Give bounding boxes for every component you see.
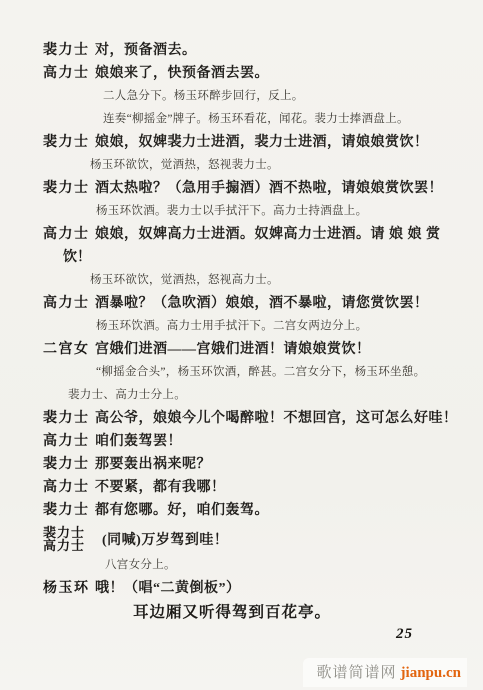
page-number: 25 xyxy=(396,626,413,643)
script-line-dialogue: 高力士酒暴啦？（急吹酒）娘娘，酒不暴啦，请您赏饮罢！ xyxy=(0,296,483,312)
script-line-dialogue: 裴力士娘娘，奴婢裴力士进酒，裴力士进酒，请娘娘赏饮！ xyxy=(0,135,483,151)
speaker-label-stack: 裴力士高力士 xyxy=(43,526,102,552)
script-line-stage: “柳摇金合头”，杨玉环饮酒，醉甚。二宫女分下，杨玉环坐憩。 xyxy=(0,365,483,379)
stage-direction: 杨玉环饮酒。裴力士以手拭汗下。高力士持酒盘上。 xyxy=(96,204,367,218)
speaker-label: 裴力士 xyxy=(43,181,95,197)
dialogue-text: 宫娥们进酒——宫娥们进酒！请娘娘赏饮！ xyxy=(95,342,483,358)
script-line-dialogue: 裴力士高公爷，娘娘今儿个喝醉啦！不想回宫，这可怎么好哇！ xyxy=(0,411,483,427)
script-line-stage: 杨玉环饮酒。高力士用手拭汗下。二宫女两边分上。 xyxy=(0,319,483,333)
lyric-line: 耳边厢又听得驾到百花亭。 xyxy=(133,604,331,622)
dialogue-text: (同喊)万岁驾到哇！ xyxy=(102,529,228,549)
script-line-stage: 二人急分下。杨玉环醉步回行，反上。 xyxy=(0,89,483,103)
dialogue-text: 娘娘，奴婢高力士进酒。奴婢高力士进酒。请 娘 娘 赏 xyxy=(95,227,483,243)
speaker-label: 裴力士 xyxy=(43,411,95,427)
script-lines: 裴力士对，预备酒去。高力士娘娘来了，快预备酒去罢。二人急分下。杨玉环醉步回行，反… xyxy=(0,43,483,622)
speaker-label: 高力士 xyxy=(43,227,95,243)
script-line-stage: 连奏“柳摇金”牌子。杨玉环看花，闻花。裴力士捧酒盘上。 xyxy=(0,112,483,126)
dialogue-text: 都有您哪。好，咱们轰驾。 xyxy=(95,503,483,519)
dialogue-text: 娘娘来了，快预备酒去罢。 xyxy=(95,66,483,82)
script-line-dialogue: 高力士娘娘来了，快预备酒去罢。 xyxy=(0,66,483,82)
stage-direction: “柳摇金合头”，杨玉环饮酒，醉甚。二宫女分下，杨玉环坐憩。 xyxy=(96,365,425,379)
speaker-label: 裴力士 xyxy=(43,135,95,151)
script-line-stage: 裴力士、高力士分上。 xyxy=(0,388,483,402)
dialogue-text: 不要紧，都有我哪！ xyxy=(95,480,483,496)
speaker-label: 裴力士 xyxy=(43,503,95,519)
speaker-label: 二宫女 xyxy=(43,342,95,358)
stage-direction: 杨玉环欲饮，觉酒热，怒视高力士。 xyxy=(90,273,279,287)
script-page: 裴力士对，预备酒去。高力士娘娘来了，快预备酒去罢。二人急分下。杨玉环醉步回行，反… xyxy=(0,0,483,690)
script-line-stage: 杨玉环饮酒。裴力士以手拭汗下。高力士持酒盘上。 xyxy=(0,204,483,218)
speaker-label: 高力士 xyxy=(43,296,95,312)
dialogue-continuation: 饮！ xyxy=(63,250,91,266)
script-line-lyric: 耳边厢又听得驾到百花亭。 xyxy=(0,604,483,622)
script-line-stage: 杨玉环欲饮，觉酒热，怒视裴力士。 xyxy=(0,158,483,172)
dialogue-text: 酒暴啦？（急吹酒）娘娘，酒不暴啦，请您赏饮罢！ xyxy=(95,296,483,312)
script-line-stage: 杨玉环欲饮，觉酒热，怒视高力士。 xyxy=(0,273,483,287)
speaker-label: 裴力士 xyxy=(43,43,95,59)
script-line-dialogue: 杨玉环哦！（唱“二黄倒板”） xyxy=(0,581,483,597)
script-line-dialogue: 二宫女宫娥们进酒——宫娥们进酒！请娘娘赏饮！ xyxy=(0,342,483,358)
stage-direction: 裴力士、高力士分上。 xyxy=(68,388,186,402)
speaker-label: 杨玉环 xyxy=(43,581,95,597)
script-line-dialogue: 高力士咱们轰驾罢！ xyxy=(0,434,483,450)
script-line-dialogue: 裴力士对，预备酒去。 xyxy=(0,43,483,59)
speaker-label: 裴力士 xyxy=(43,457,95,473)
dialogue-text: 高公爷，娘娘今儿个喝醉啦！不想回宫，这可怎么好哇！ xyxy=(95,411,483,427)
dialogue-text: 娘娘，奴婢裴力士进酒，裴力士进酒，请娘娘赏饮！ xyxy=(95,135,483,151)
stage-direction: 二人急分下。杨玉环醉步回行，反上。 xyxy=(103,89,304,103)
watermark-site-name: 歌谱简谱网 xyxy=(317,665,397,681)
script-line-dialogue: 裴力士那要轰出祸来呢？ xyxy=(0,457,483,473)
dialogue-text: 那要轰出祸来呢？ xyxy=(95,457,483,473)
speaker-label: 高力士 xyxy=(43,480,95,496)
script-line-dialogue: 裴力士都有您哪。好，咱们轰驾。 xyxy=(0,503,483,519)
watermark-site-domain: jianpu.cn xyxy=(401,665,461,681)
dialogue-text: 咱们轰驾罢！ xyxy=(95,434,483,450)
script-line-dialogue: 高力士不要紧，都有我哪！ xyxy=(0,480,483,496)
script-line-dual-dialogue: 裴力士高力士(同喊)万岁驾到哇！ xyxy=(0,526,483,552)
speaker-label: 高力士 xyxy=(43,539,102,552)
stage-direction: 杨玉环欲饮，觉酒热，怒视裴力士。 xyxy=(90,158,279,172)
dialogue-text: 酒太热啦？（急用手搧酒）酒不热啦，请娘娘赏饮罢！ xyxy=(95,181,483,197)
script-line-dialogue: 裴力士酒太热啦？（急用手搧酒）酒不热啦，请娘娘赏饮罢！ xyxy=(0,181,483,197)
script-line-stage: 八宫女分上。 xyxy=(0,558,483,572)
script-line-continuation: 饮！ xyxy=(0,250,483,266)
speaker-label: 高力士 xyxy=(43,434,95,450)
stage-direction: 杨玉环饮酒。高力士用手拭汗下。二宫女两边分上。 xyxy=(96,319,367,333)
stage-direction: 连奏“柳摇金”牌子。杨玉环看花，闻花。裴力士捧酒盘上。 xyxy=(103,112,409,126)
stage-direction: 八宫女分上。 xyxy=(105,558,176,572)
watermark: 歌谱简谱网jianpu.cn xyxy=(303,658,467,687)
speaker-label: 高力士 xyxy=(43,66,95,82)
script-line-dialogue: 高力士娘娘，奴婢高力士进酒。奴婢高力士进酒。请 娘 娘 赏 xyxy=(0,227,483,243)
dialogue-text: 哦！（唱“二黄倒板”） xyxy=(95,581,483,597)
dialogue-text: 对，预备酒去。 xyxy=(95,43,483,59)
